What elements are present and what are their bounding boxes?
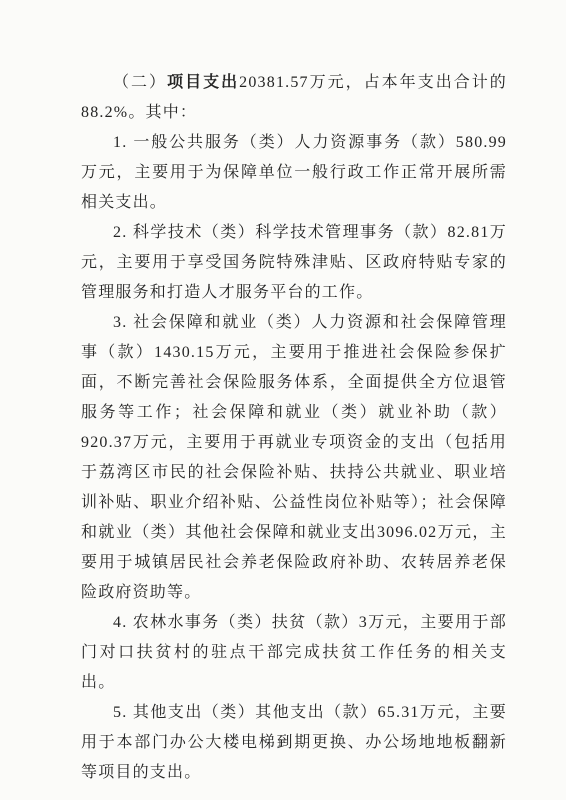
paragraph-3: 2. 科学技术（类）科学技术管理事务（款）82.81万元，主要用于享受国务院特殊… [81,218,507,308]
body-text: 1. 一般公共服务（类）人力资源事务（款）580.99万元，主要用于为保障单位一… [81,134,507,211]
paragraph-4: 3. 社会保障和就业（类）人力资源和社会保障管理事（款）1430.15万元，主要… [81,308,507,608]
bold-heading-text: 项目支出 [167,74,239,91]
paragraph-2: 1. 一般公共服务（类）人力资源事务（款）580.99万元，主要用于为保障单位一… [81,128,507,218]
body-text: 2. 科学技术（类）科学技术管理事务（款）82.81万元，主要用于享受国务院特殊… [81,224,507,301]
paragraph-5: 4. 农林水事务（类）扶贫（款）3万元，主要用于部门对口扶贫村的驻点干部完成扶贫… [81,608,507,698]
body-text: （二） [113,74,167,91]
page-number: 19 [0,737,566,749]
document-page: （二）项目支出20381.57万元，占本年支出合计的88.2%。其中：1. 一般… [0,0,566,800]
body-text: 4. 农林水事务（类）扶贫（款）3万元，主要用于部门对口扶贫村的驻点干部完成扶贫… [81,614,507,691]
document-body: （二）项目支出20381.57万元，占本年支出合计的88.2%。其中：1. 一般… [81,68,507,788]
body-text: 3. 社会保障和就业（类）人力资源和社会保障管理事（款）1430.15万元，主要… [81,314,507,601]
paragraph-1: （二）项目支出20381.57万元，占本年支出合计的88.2%。其中： [81,68,507,128]
